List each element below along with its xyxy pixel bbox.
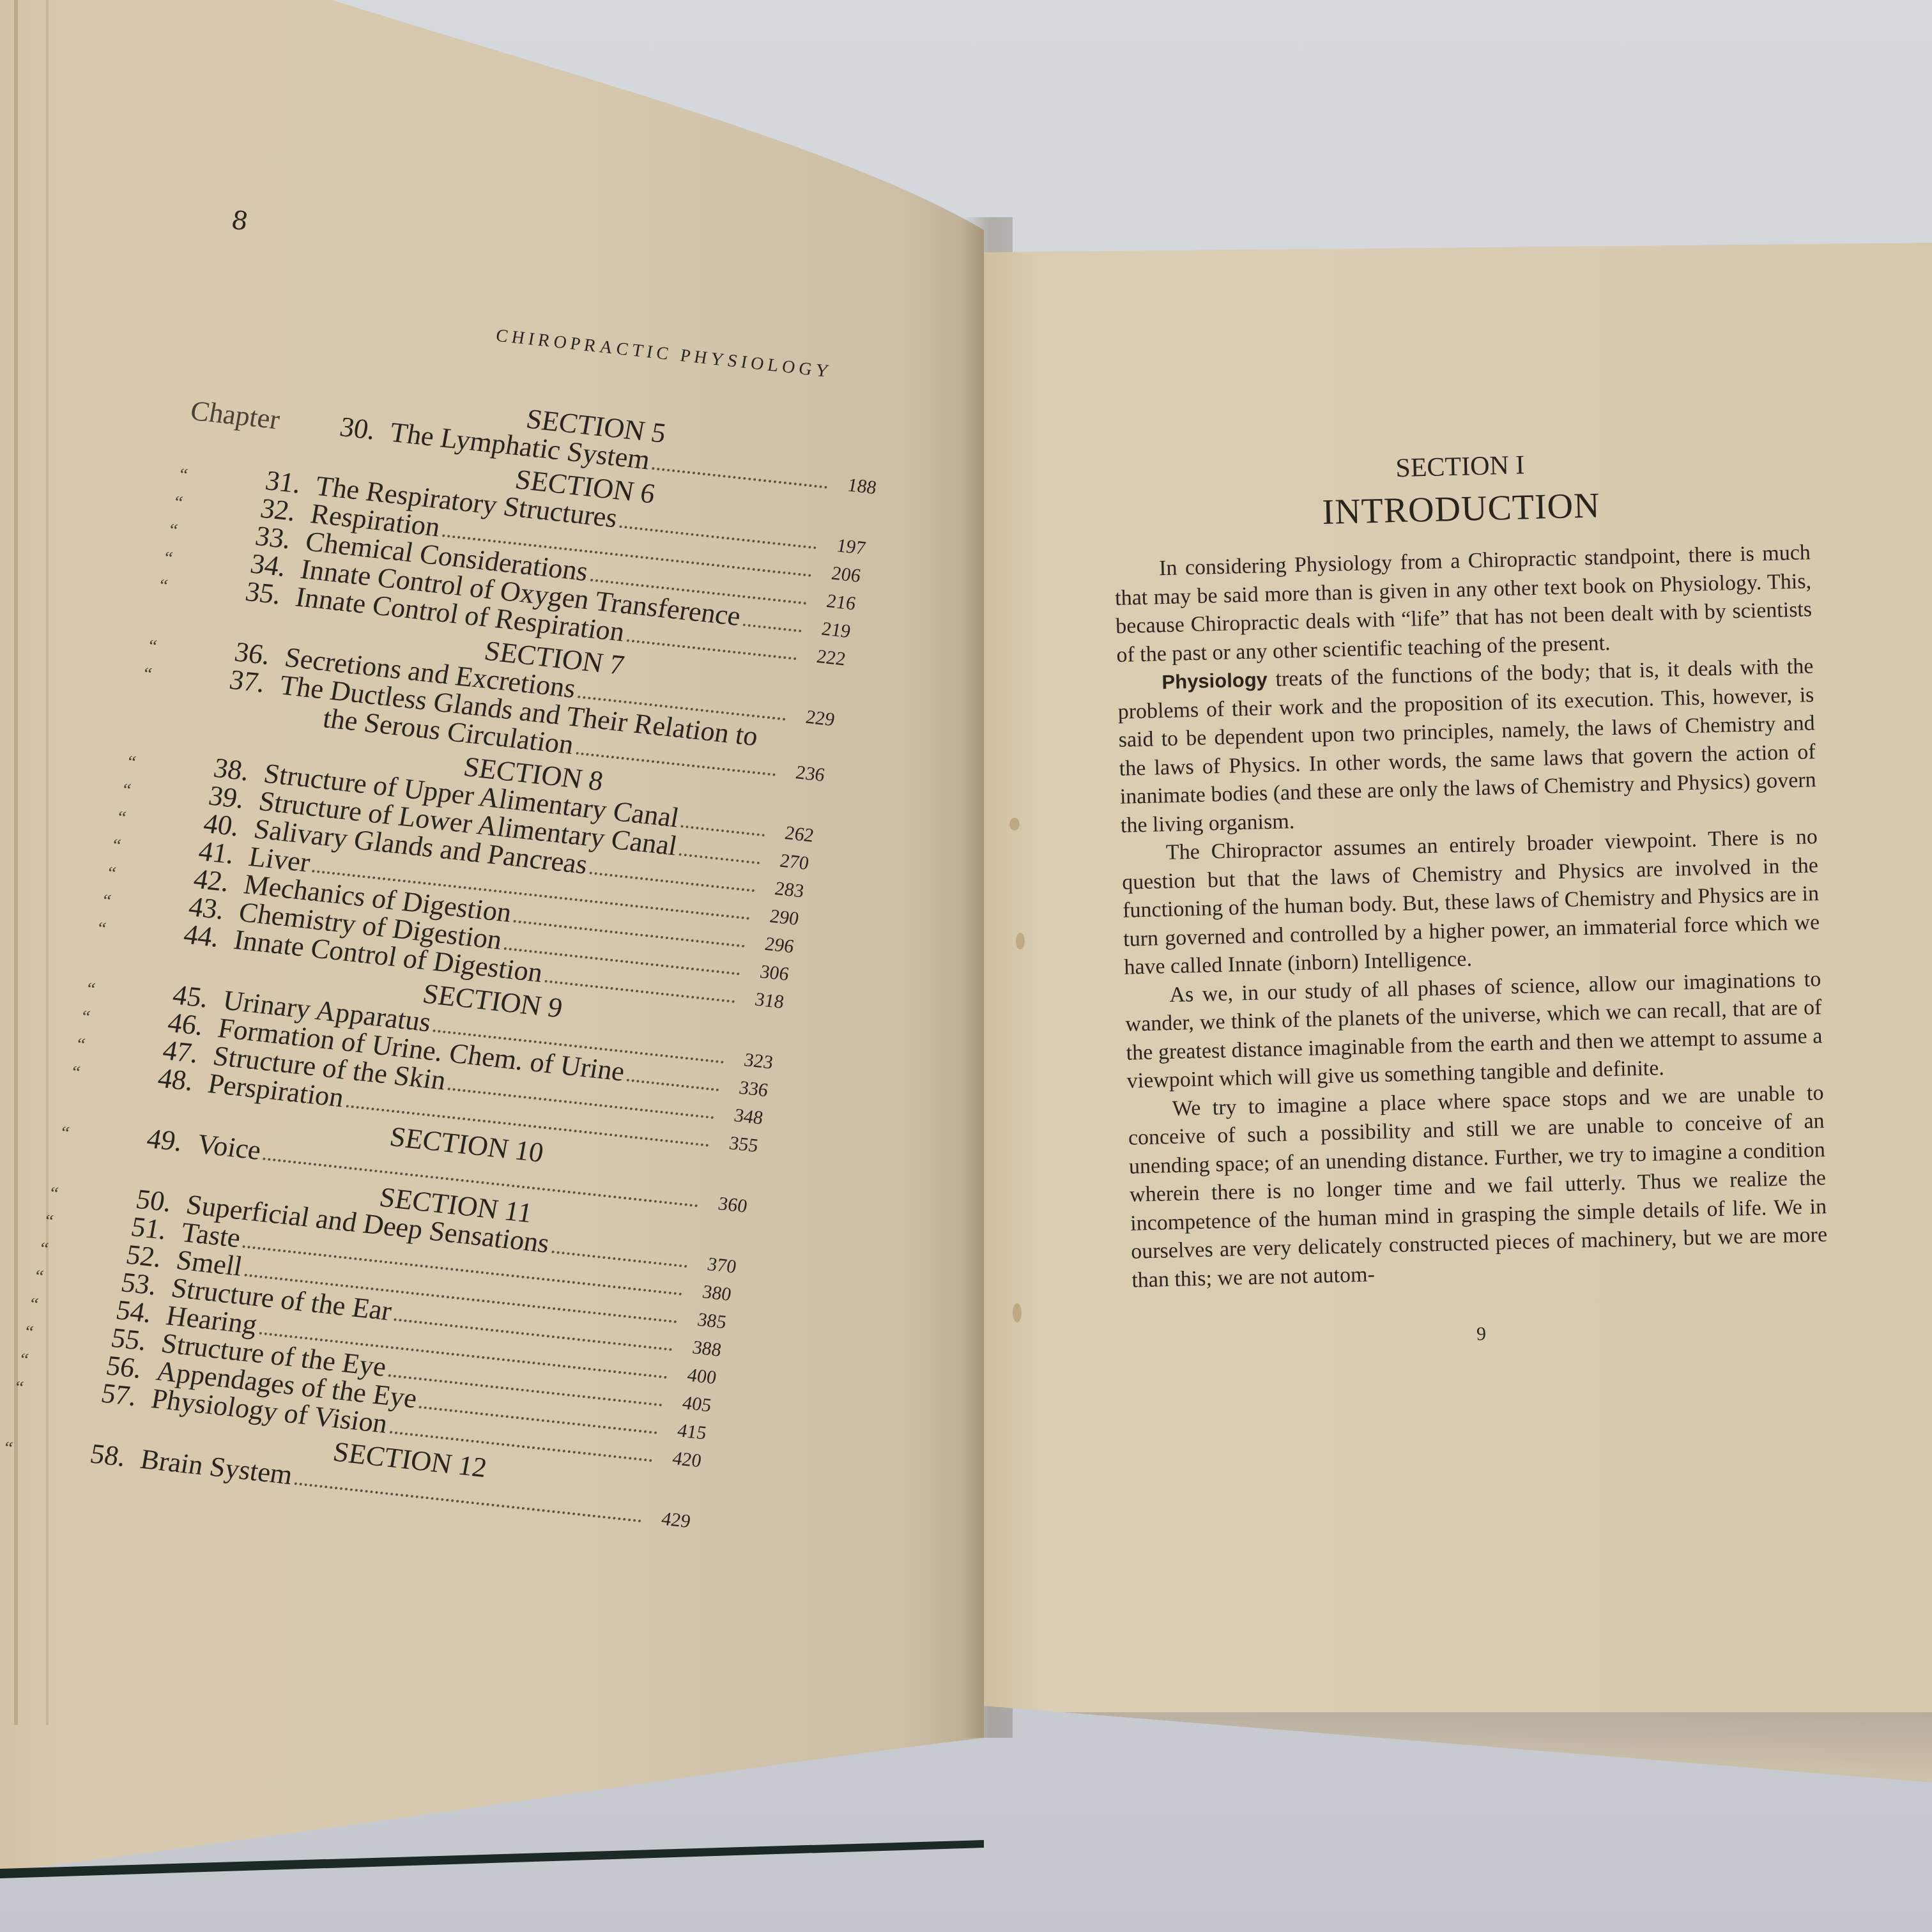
page-reference: 222 [799, 641, 848, 673]
paragraph: The Chiropractor assumes an entirely bro… [1121, 823, 1821, 982]
page-reference: 188 [829, 470, 878, 502]
paragraph: We try to imagine a place where space st… [1127, 1079, 1828, 1295]
page-reference: 355 [711, 1128, 760, 1160]
page-reference: 229 [788, 701, 837, 734]
bold-term: Physiology [1161, 668, 1268, 693]
page-reference: 415 [659, 1415, 709, 1448]
page-reference: 216 [808, 585, 857, 618]
page-reference: 262 [767, 818, 816, 850]
page-reference: 370 [689, 1248, 739, 1281]
page-reference: 400 [669, 1360, 718, 1392]
page-reference: 197 [818, 530, 868, 563]
page-reference: 290 [752, 901, 801, 933]
page-reference: 429 [643, 1503, 693, 1536]
page-reference: 236 [778, 757, 827, 790]
page-reference: 206 [813, 558, 862, 590]
page-reference: 336 [721, 1072, 770, 1105]
paper-stain [1009, 818, 1020, 831]
body-text: In considering Physiology from a Chiropr… [1114, 539, 1828, 1294]
paper-stain [1013, 1303, 1022, 1322]
paragraph-text: In considering Physiology from a Chiropr… [1115, 540, 1813, 666]
page-reference: 283 [756, 873, 806, 905]
paragraph-text: The Chiropractor assumes an entirely bro… [1122, 825, 1820, 979]
page-reference: 388 [674, 1332, 723, 1365]
page-reference: 219 [804, 613, 853, 646]
paragraph-text: As we, in our study of all phases of sci… [1125, 967, 1823, 1093]
page-reference: 306 [742, 956, 791, 989]
page-reference: 318 [737, 984, 786, 1016]
dot-leader [742, 624, 802, 632]
page-reference: 380 [684, 1276, 733, 1309]
paragraph-text: We try to imagine a place where space st… [1128, 1081, 1827, 1292]
page-reference: 270 [762, 845, 811, 878]
page-shadow [984, 1712, 1932, 1802]
right-page-content: SECTION I INTRODUCTION In considering Ph… [1112, 443, 1830, 1353]
page-reference: 348 [716, 1100, 765, 1133]
paragraph: As we, in our study of all phases of sci… [1124, 965, 1823, 1096]
ditto-mark: “ [58, 1119, 120, 1153]
paragraph: In considering Physiology from a Chiropr… [1114, 539, 1813, 670]
page-reference: 420 [654, 1443, 703, 1475]
ditto-mark: “ [69, 1059, 131, 1092]
book-photo: 8 CHIROPRACTIC PHYSIOLOGY SECTION 5Chapt… [0, 0, 1932, 1932]
page-reference: 360 [700, 1188, 749, 1221]
page-reference: 323 [726, 1045, 775, 1077]
paragraph: Physiology treats of the functions of th… [1117, 652, 1817, 840]
page-reference: 385 [679, 1304, 728, 1337]
ditto-mark: “ [157, 572, 219, 606]
chapter-title: INTRODUCTION [1112, 480, 1809, 538]
ditto-mark: “ [13, 1374, 75, 1407]
ditto-mark: “ [95, 915, 157, 949]
paper-stain [1016, 933, 1025, 949]
page-reference: 296 [747, 928, 796, 961]
page-reference: 405 [664, 1387, 714, 1420]
chapter-title: Voice [195, 1130, 263, 1165]
